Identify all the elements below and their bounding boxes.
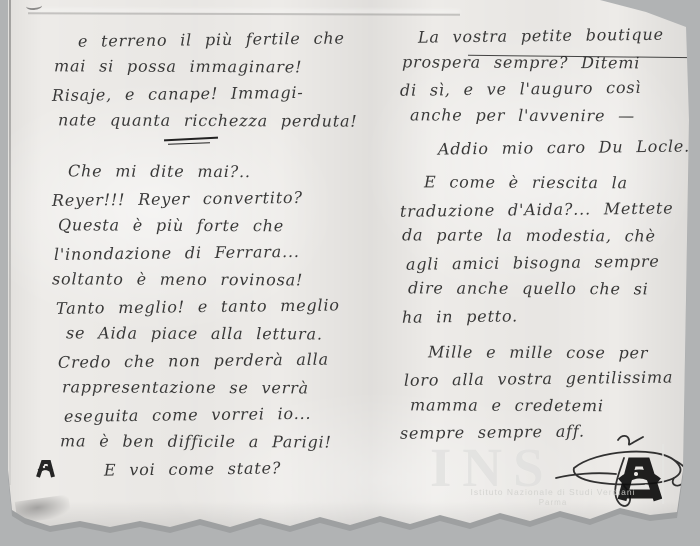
handwritten-line: nate quanta ricchezza perduta! xyxy=(58,110,367,138)
handwritten-line: dire anche quello che si xyxy=(408,279,696,307)
handwritten-line: E voi come state? xyxy=(104,457,367,487)
stray-ink-mark xyxy=(26,1,43,10)
left-page-text: e terreno il più fertile che mai si poss… xyxy=(52,30,367,486)
watermark-text-line1: Istituto Nazionale di Studi Verdiani xyxy=(436,487,670,497)
handwritten-line: mai si possa immaginare! xyxy=(54,56,367,84)
handwritten-line: Questa è più forte che xyxy=(58,215,367,243)
watermark-text-line2: Parma xyxy=(436,498,670,507)
handwritten-line: soltanto è meno rovinosa! xyxy=(52,269,367,297)
handwritten-line: La vostra petite boutique xyxy=(418,24,696,54)
scanned-letter-photo: e terreno il più fertile che mai si poss… xyxy=(0,0,700,546)
handwritten-line: Credo che non perderà alla xyxy=(58,349,367,380)
archive-monogram-stamp-icon xyxy=(33,458,57,480)
handwritten-line: Reyer!!! Reyer convertito? xyxy=(52,187,367,218)
right-page-text: La vostra petite boutique prospera sempr… xyxy=(400,26,696,449)
double-underline-mark xyxy=(52,138,367,162)
handwritten-line: rappresentazione se verrà xyxy=(62,377,367,405)
handwritten-line: Mille e mille cose per xyxy=(428,342,696,370)
handwritten-line: agli amici bisogna sempre xyxy=(406,251,696,281)
handwritten-line: Tanto meglio! e tanto meglio xyxy=(56,295,367,326)
handwritten-line: traduzione d'Aida?... Mettete xyxy=(400,198,696,228)
handwritten-line: Addio mio caro Du Locle. xyxy=(438,137,696,167)
handwritten-line: ha in petto. xyxy=(402,304,696,334)
page-left-edge xyxy=(9,0,11,485)
handwritten-line: l'inondazione di Ferrara... xyxy=(54,241,367,272)
handwritten-line: anche per l'avvenire — xyxy=(410,105,696,133)
handwritten-line: E come è riescita la xyxy=(424,172,696,200)
handwritten-line: se Aida piace alla lettura. xyxy=(66,323,367,351)
fold-crease-line xyxy=(28,12,460,16)
handwritten-line: Risaje, e canape! Immagi- xyxy=(52,82,367,113)
handwritten-line: da parte la modestia, chè xyxy=(402,226,696,254)
handwritten-line: Che mi dite mai?.. xyxy=(68,161,367,189)
handwritten-line: loro alla vostra gentilissima xyxy=(404,367,696,397)
handwritten-line: di sì, e ve l'auguro così xyxy=(400,77,696,107)
handwritten-line: ma è ben difficile a Parigi! xyxy=(60,431,367,459)
handwritten-line: eseguita come vorrei io... xyxy=(64,403,367,434)
handwritten-line: mamma e credetemi xyxy=(410,395,696,423)
paper-sheet: e terreno il più fertile che mai si poss… xyxy=(0,0,700,546)
handwritten-line: e terreno il più fertile che xyxy=(78,28,367,59)
